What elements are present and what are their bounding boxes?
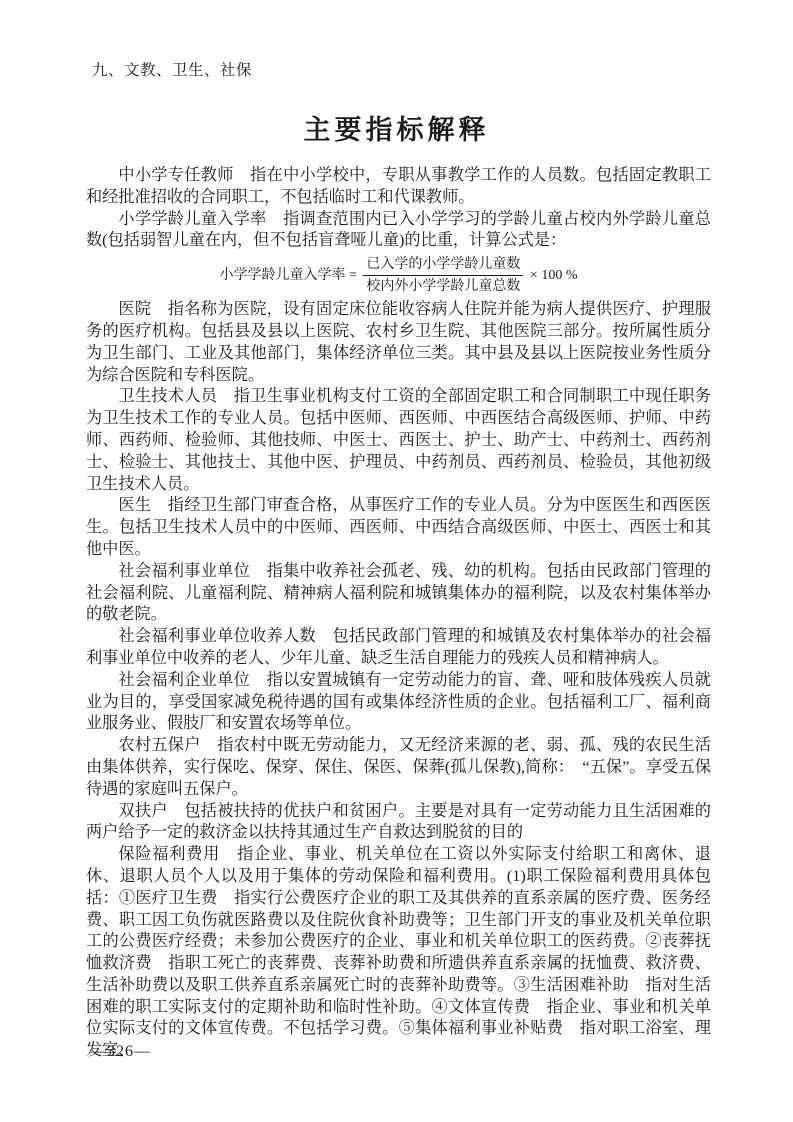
enrollment-rate-formula: 小学学龄儿童入学率 = 已入学的小学学龄儿童数 校内外小学学龄儿童总数 × 10… [86, 256, 711, 295]
formula-denominator: 校内外小学学龄儿童总数 [363, 276, 523, 295]
paragraph-doctors: 医生 指经卫生部门审查合格，从事医疗工作的专业人员。分为中医医生和西医医生。包括… [86, 495, 711, 560]
paragraph-health-technical-personnel: 卫生技术人员 指卫生事业机构支付工资的全部固定职工和合同制职工中现任职务为卫生技… [86, 386, 711, 495]
document-page: 九、文教、卫生、社保 主要指标解释 中小学专任教师 指在中小学校中，专职从事教学… [0, 0, 793, 1122]
paragraph-enrollment-rate: 小学学龄儿童入学率 指调查范围内已入小学学习的学龄儿童占校内外学龄儿童总数(包括… [86, 209, 711, 253]
paragraph-welfare-institution-inmates: 社会福利事业单位收养人数 包括民政部门管理的和城镇及农村集体举办的社会福利事业单… [86, 626, 711, 670]
formula-numerator: 已入学的小学学龄儿童数 [363, 256, 523, 276]
page-number: —326— [90, 1043, 151, 1061]
paragraph-primary-secondary-teachers: 中小学专任教师 指在中小学校中，专职从事教学工作的人员数。包括固定教职工和经批准… [86, 165, 711, 209]
paragraph-double-support-households: 双扶户 包括被扶持的优扶户和贫困户。主要是对具有一定劳动能力且生活困难的两户给予… [86, 801, 711, 845]
paragraph-insurance-welfare-expenses: 保险福利费用 指企业、事业、机关单位在工资以外实际支付给职工和离休、退休、退职人… [86, 844, 711, 1062]
formula-fraction: 已入学的小学学龄儿童数 校内外小学学龄儿童总数 [363, 256, 523, 295]
formula-lhs: 小学学龄儿童入学率 = [220, 267, 357, 284]
formula-multiplier: × 100 % [530, 267, 578, 284]
paragraph-social-welfare-institutions: 社会福利事业单位 指集中收养社会孤老、残、幼的机构。包括由民政部门管理的社会福利… [86, 561, 711, 626]
paragraph-hospital: 医院 指名称为医院，设有固定床位能收容病人住院并能为病人提供医疗、护理服务的医疗… [86, 299, 711, 386]
body-text: 中小学专任教师 指在中小学校中，专职从事教学工作的人员数。包括固定教职工和经批准… [86, 165, 711, 1062]
paragraph-rural-five-guarantee-households: 农村五保户 指农村中既无劳动能力，又无经济来源的老、弱、孤、残的农民生活由集体供… [86, 735, 711, 800]
paragraph-welfare-enterprises: 社会福利企业单位 指以安置城镇有一定劳动能力的盲、聋、哑和肢体残疾人员就业为目的… [86, 670, 711, 735]
section-header: 九、文教、卫生、社保 [92, 58, 252, 80]
page-title: 主要指标解释 [0, 108, 793, 147]
